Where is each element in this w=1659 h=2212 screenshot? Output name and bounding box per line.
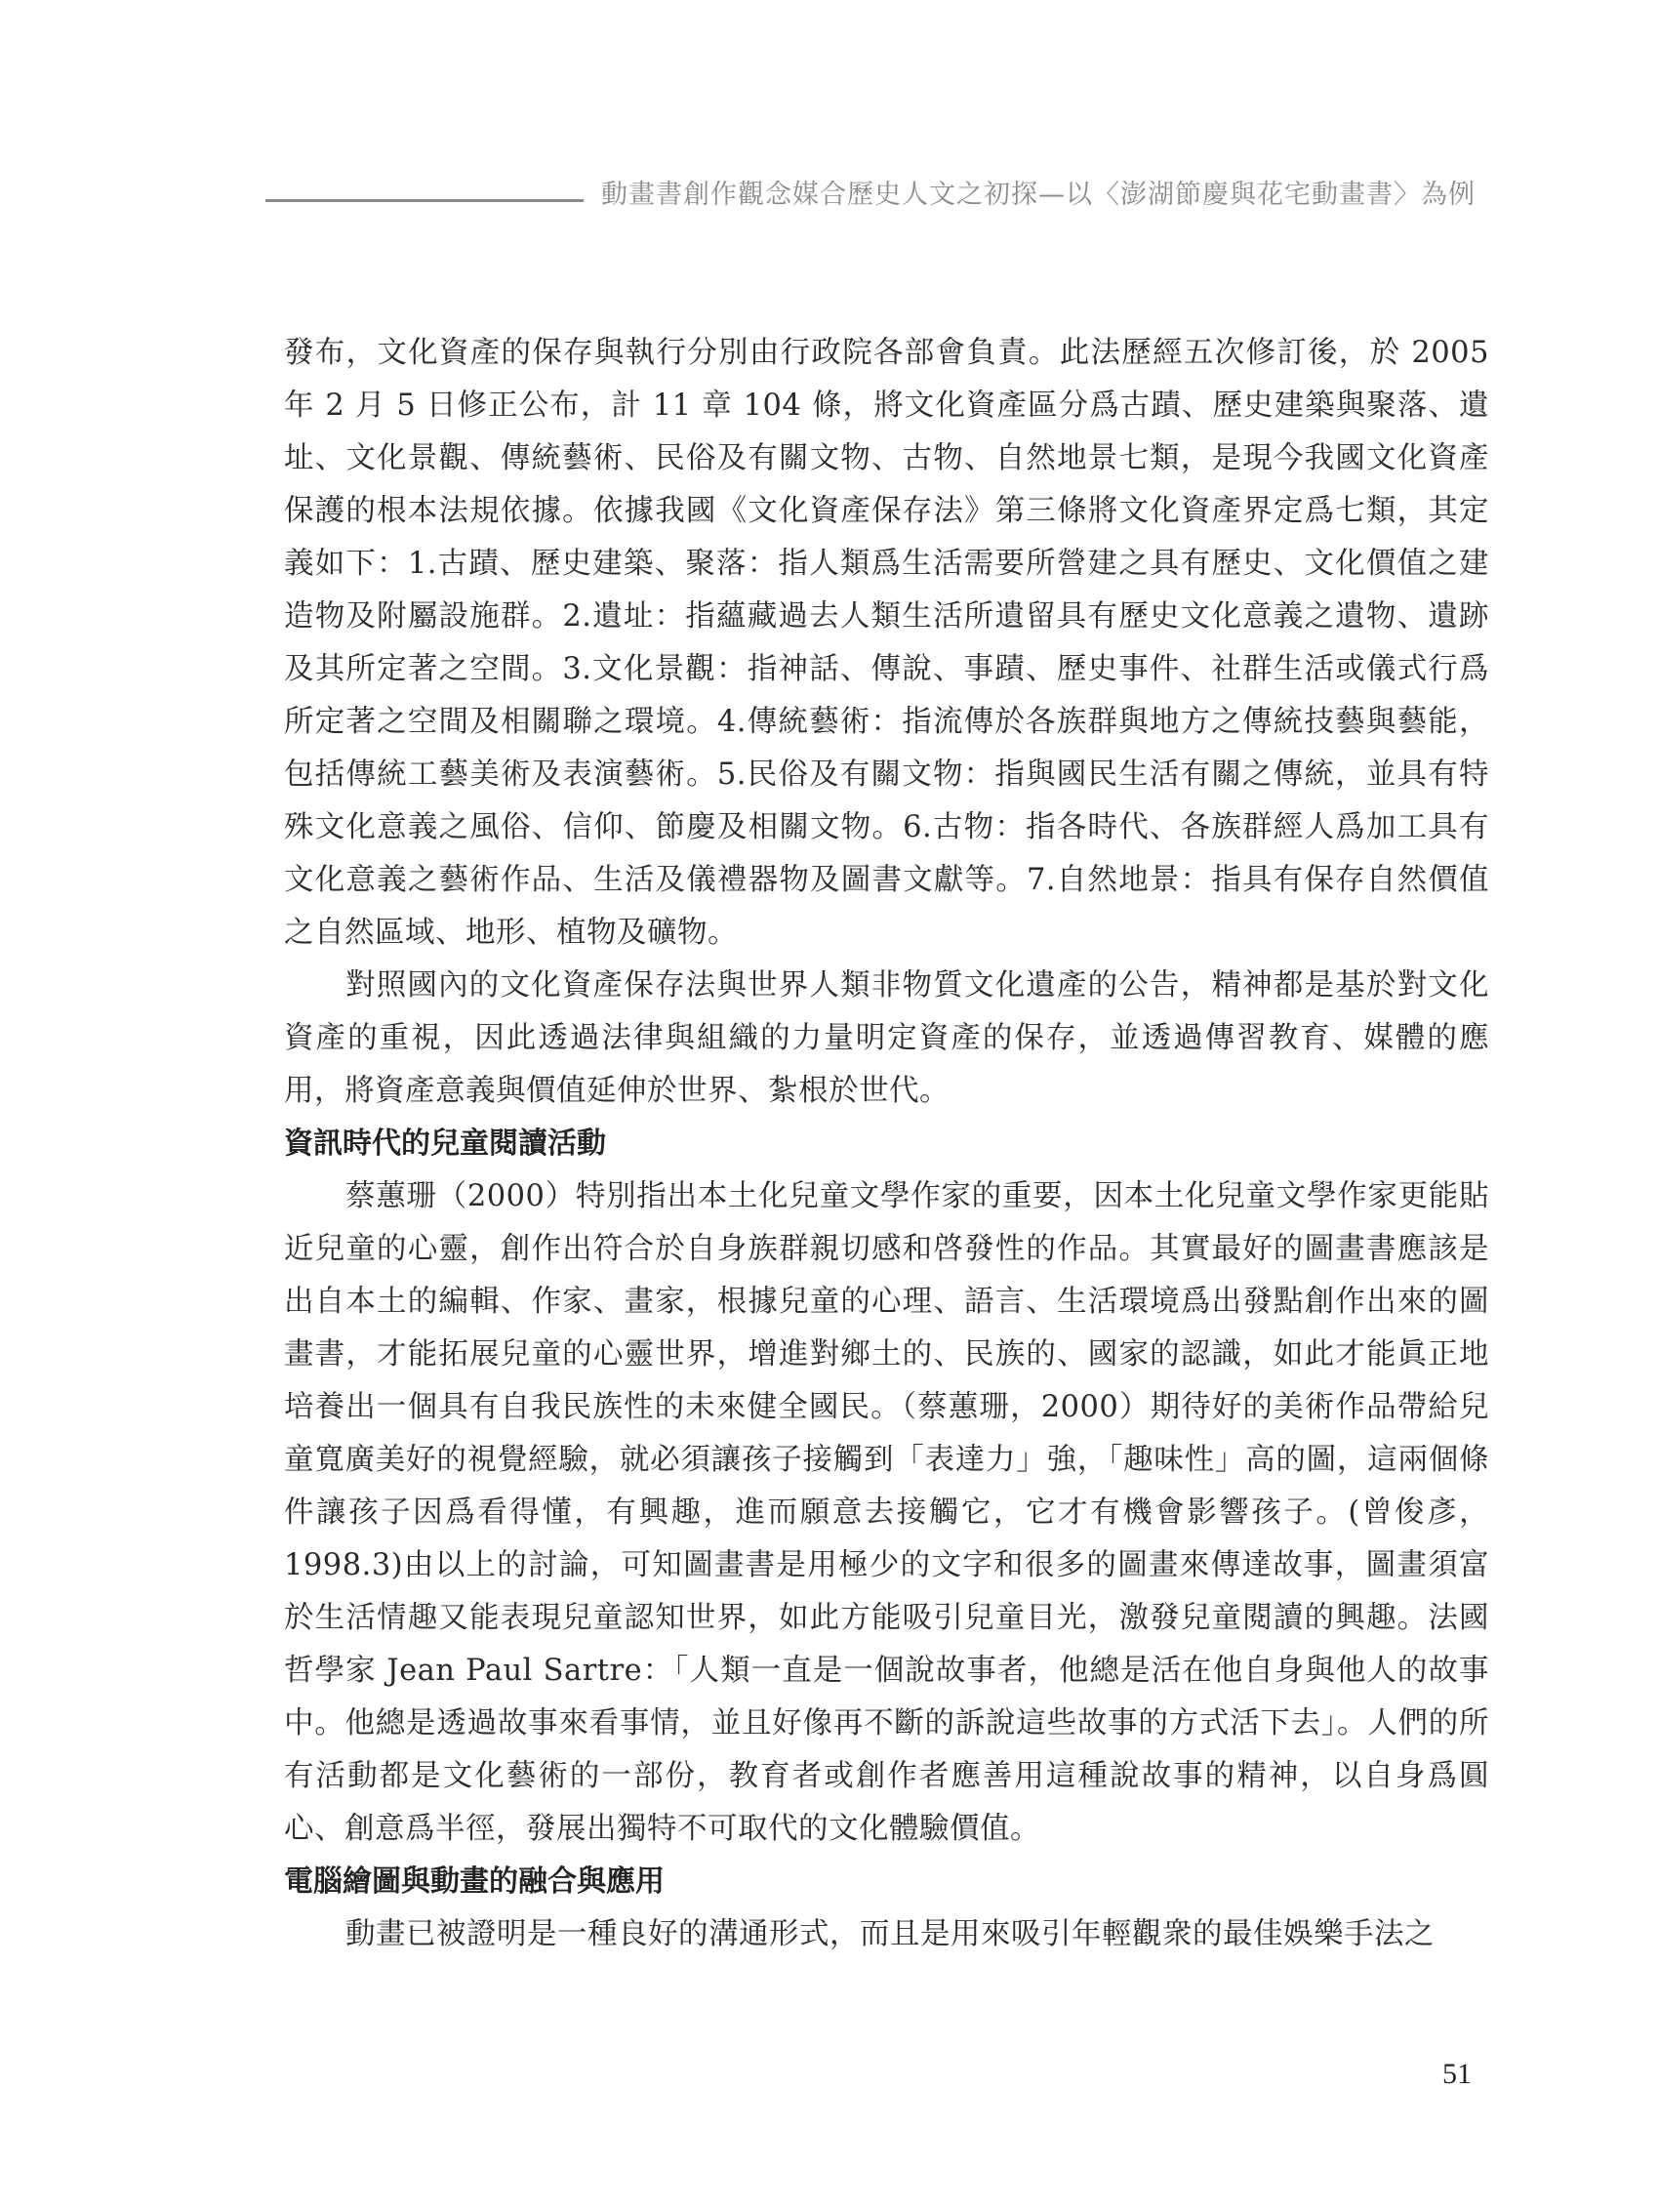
page-number: 51 xyxy=(1442,2058,1472,2091)
paragraph-children-reading: 蔡蕙珊（2000）特別指出本土化兒童文學作家的重要，因本土化兒童文學作家更能貼近… xyxy=(284,1170,1489,1856)
section-heading-computer-animation: 電腦繪圖與動畫的融合與應用 xyxy=(284,1856,1489,1908)
page-body: 發布，文化資產的保存與執行分別由行政院各部會負責。此法歷經五次修訂後，於 200… xyxy=(284,327,1489,1961)
header-rule xyxy=(265,199,584,202)
paragraph-heritage-comparison: 對照國內的文化資產保存法與世界人類非物質文化遺產的公告，精神都是基於對文化資產的… xyxy=(284,960,1489,1118)
paragraph-animation: 動畫已被證明是一種良好的溝通形式，而且是用來吸引年輕觀衆的最佳娛樂手法之 xyxy=(284,1908,1489,1961)
section-heading-children-reading: 資訊時代的兒童閱讀活動 xyxy=(284,1118,1489,1170)
paragraph-cultural-heritage-law: 發布，文化資產的保存與執行分別由行政院各部會負責。此法歷經五次修訂後，於 200… xyxy=(284,327,1489,960)
running-header: 動畫書創作觀念媒合歷史人文之初探—以〈澎湖節慶與花宅動畫書〉為例 xyxy=(265,172,1503,211)
running-title: 動畫書創作觀念媒合歷史人文之初探—以〈澎湖節慶與花宅動畫書〉為例 xyxy=(601,173,1476,211)
